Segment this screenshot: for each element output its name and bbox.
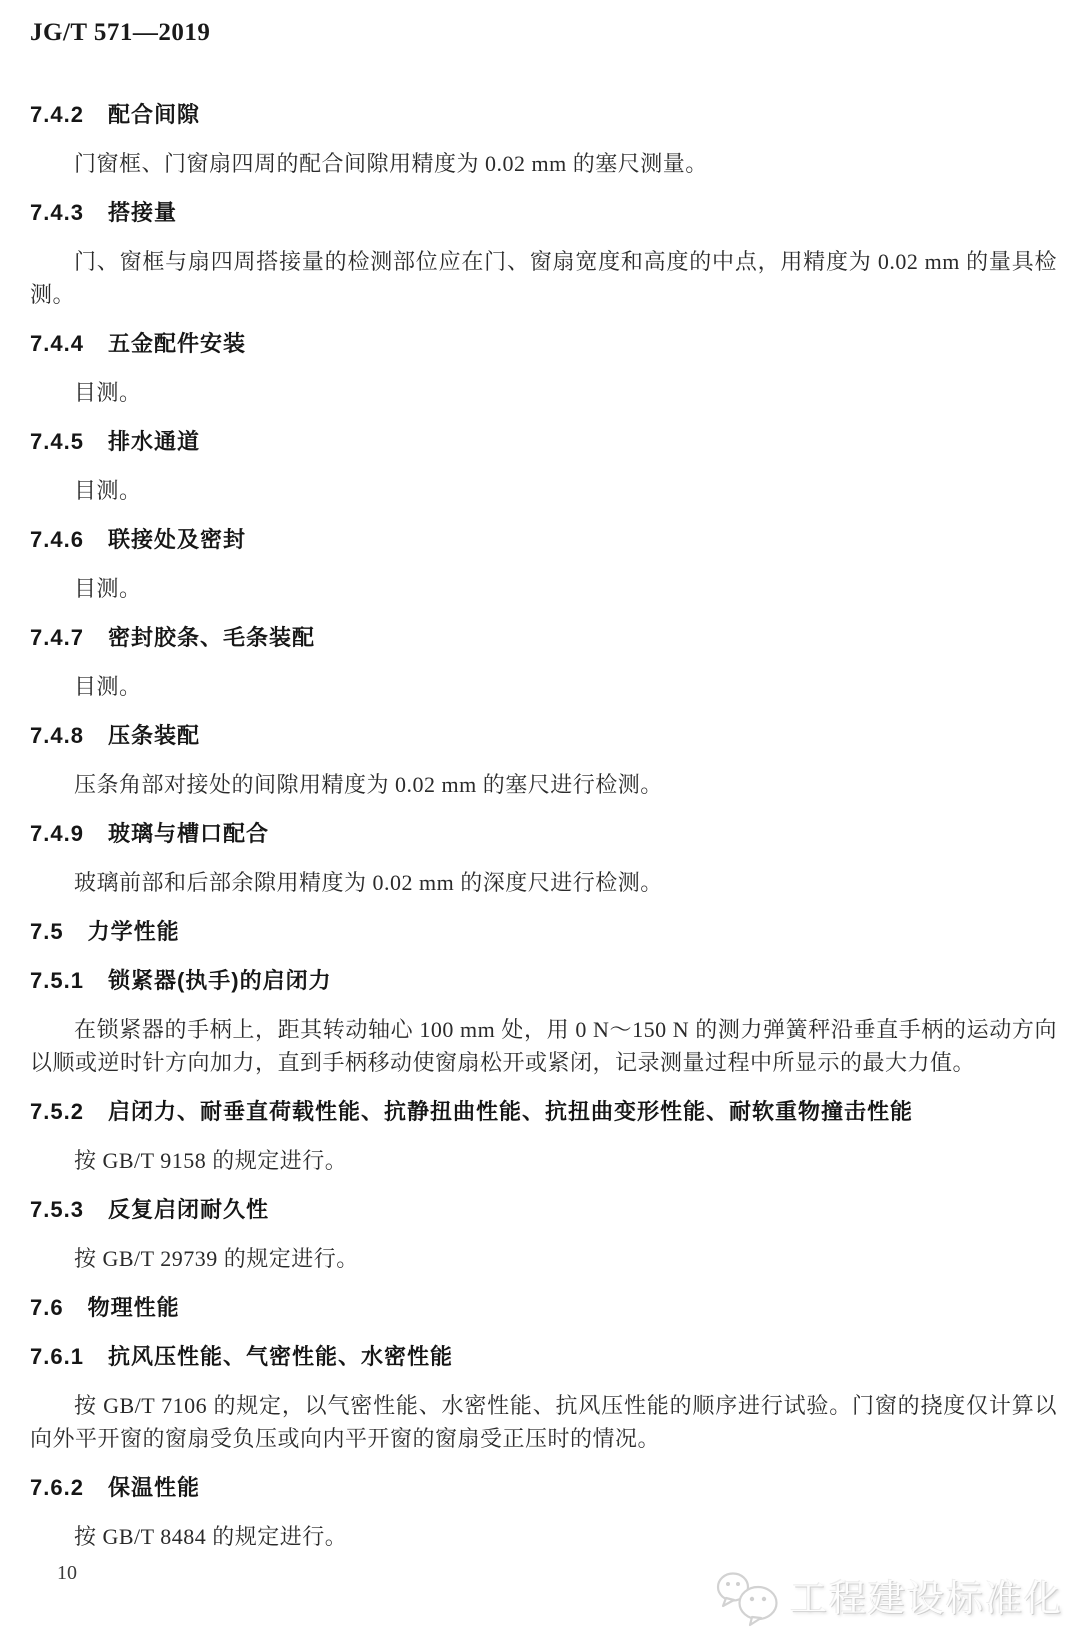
section-heading: 7.4.7密封胶条、毛条装配 (30, 621, 1057, 654)
section-heading: 7.4.5排水通道 (30, 425, 1057, 458)
section-paragraph: 玻璃前部和后部余隙用精度为 0.02 mm 的深度尺进行检测。 (30, 866, 1057, 899)
section-heading: 7.5.3反复启闭耐久性 (30, 1193, 1057, 1226)
section-title: 搭接量 (108, 200, 177, 225)
section-paragraph: 目测。 (30, 376, 1057, 409)
section-number: 7.4.7 (30, 625, 84, 650)
section-title: 物理性能 (88, 1295, 180, 1320)
section-heading: 7.4.9玻璃与槽口配合 (30, 817, 1057, 850)
section-heading: 7.4.8压条装配 (30, 719, 1057, 752)
section-title: 锁紧器(执手)的启闭力 (108, 968, 332, 993)
section-number: 7.4.5 (30, 429, 84, 454)
section-title: 五金配件安装 (108, 331, 246, 356)
section-number: 7.4.8 (30, 723, 84, 748)
section-title: 排水通道 (108, 429, 200, 454)
section-paragraph: 按 GB/T 9158 的规定进行。 (30, 1144, 1057, 1177)
section-title: 抗风压性能、气密性能、水密性能 (108, 1344, 453, 1369)
document-body: 7.4.2配合间隙 门窗框、门窗扇四周的配合间隙用精度为 0.02 mm 的塞尺… (30, 98, 1057, 1553)
section-title: 玻璃与槽口配合 (108, 821, 269, 846)
section-heading: 7.5力学性能 (30, 915, 1057, 948)
document-page: JG/T 571—2019 7.4.2配合间隙 门窗框、门窗扇四周的配合间隙用精… (0, 0, 1089, 1648)
section-title: 反复启闭耐久性 (108, 1197, 269, 1222)
section-heading: 7.4.2配合间隙 (30, 98, 1057, 131)
section-number: 7.4.3 (30, 200, 84, 225)
section-paragraph: 按 GB/T 29739 的规定进行。 (30, 1242, 1057, 1275)
section-paragraph: 目测。 (30, 670, 1057, 703)
section-paragraph: 压条角部对接处的间隙用精度为 0.02 mm 的塞尺进行检测。 (30, 768, 1057, 801)
section-paragraph: 按 GB/T 8484 的规定进行。 (30, 1520, 1057, 1553)
section-title: 保温性能 (108, 1475, 200, 1500)
section-number: 7.4.6 (30, 527, 84, 552)
section-paragraph: 门、窗框与扇四周搭接量的检测部位应在门、窗扇宽度和高度的中点，用精度为 0.02… (30, 245, 1057, 311)
section-heading: 7.4.6联接处及密封 (30, 523, 1057, 556)
section-number: 7.5.2 (30, 1099, 84, 1124)
section-title: 压条装配 (108, 723, 200, 748)
section-number: 7.5.1 (30, 968, 84, 993)
section-paragraph: 目测。 (30, 474, 1057, 507)
section-number: 7.5 (30, 919, 64, 944)
section-paragraph: 门窗框、门窗扇四周的配合间隙用精度为 0.02 mm 的塞尺测量。 (30, 147, 1057, 180)
section-heading: 7.4.3搭接量 (30, 196, 1057, 229)
section-heading: 7.6.2保温性能 (30, 1471, 1057, 1504)
section-heading: 7.6.1抗风压性能、气密性能、水密性能 (30, 1340, 1057, 1373)
section-number: 7.4.9 (30, 821, 84, 846)
section-title: 配合间隙 (108, 102, 200, 127)
section-number: 7.6.1 (30, 1344, 84, 1369)
section-title: 启闭力、耐垂直荷载性能、抗静扭曲性能、抗扭曲变形性能、耐软重物撞击性能 (108, 1099, 913, 1124)
section-heading: 7.5.2启闭力、耐垂直荷载性能、抗静扭曲性能、抗扭曲变形性能、耐软重物撞击性能 (30, 1095, 1057, 1128)
section-paragraph: 目测。 (30, 572, 1057, 605)
section-title: 密封胶条、毛条装配 (108, 625, 315, 650)
section-number: 7.6.2 (30, 1475, 84, 1500)
section-paragraph: 按 GB/T 7106 的规定，以气密性能、水密性能、抗风压性能的顺序进行试验。… (30, 1389, 1057, 1455)
section-number: 7.5.3 (30, 1197, 84, 1222)
section-heading: 7.6物理性能 (30, 1291, 1057, 1324)
section-heading: 7.4.4五金配件安装 (30, 327, 1057, 360)
section-heading: 7.5.1锁紧器(执手)的启闭力 (30, 964, 1057, 997)
section-title: 力学性能 (88, 919, 180, 944)
section-number: 7.4.2 (30, 102, 84, 127)
page-number: 10 (57, 1557, 1089, 1590)
standard-code: JG/T 571—2019 (30, 16, 1089, 49)
section-paragraph: 在锁紧器的手柄上，距其转动轴心 100 mm 处，用 0 N～150 N 的测力… (30, 1013, 1057, 1079)
section-number: 7.6 (30, 1295, 64, 1320)
section-number: 7.4.4 (30, 331, 84, 356)
section-title: 联接处及密封 (108, 527, 246, 552)
